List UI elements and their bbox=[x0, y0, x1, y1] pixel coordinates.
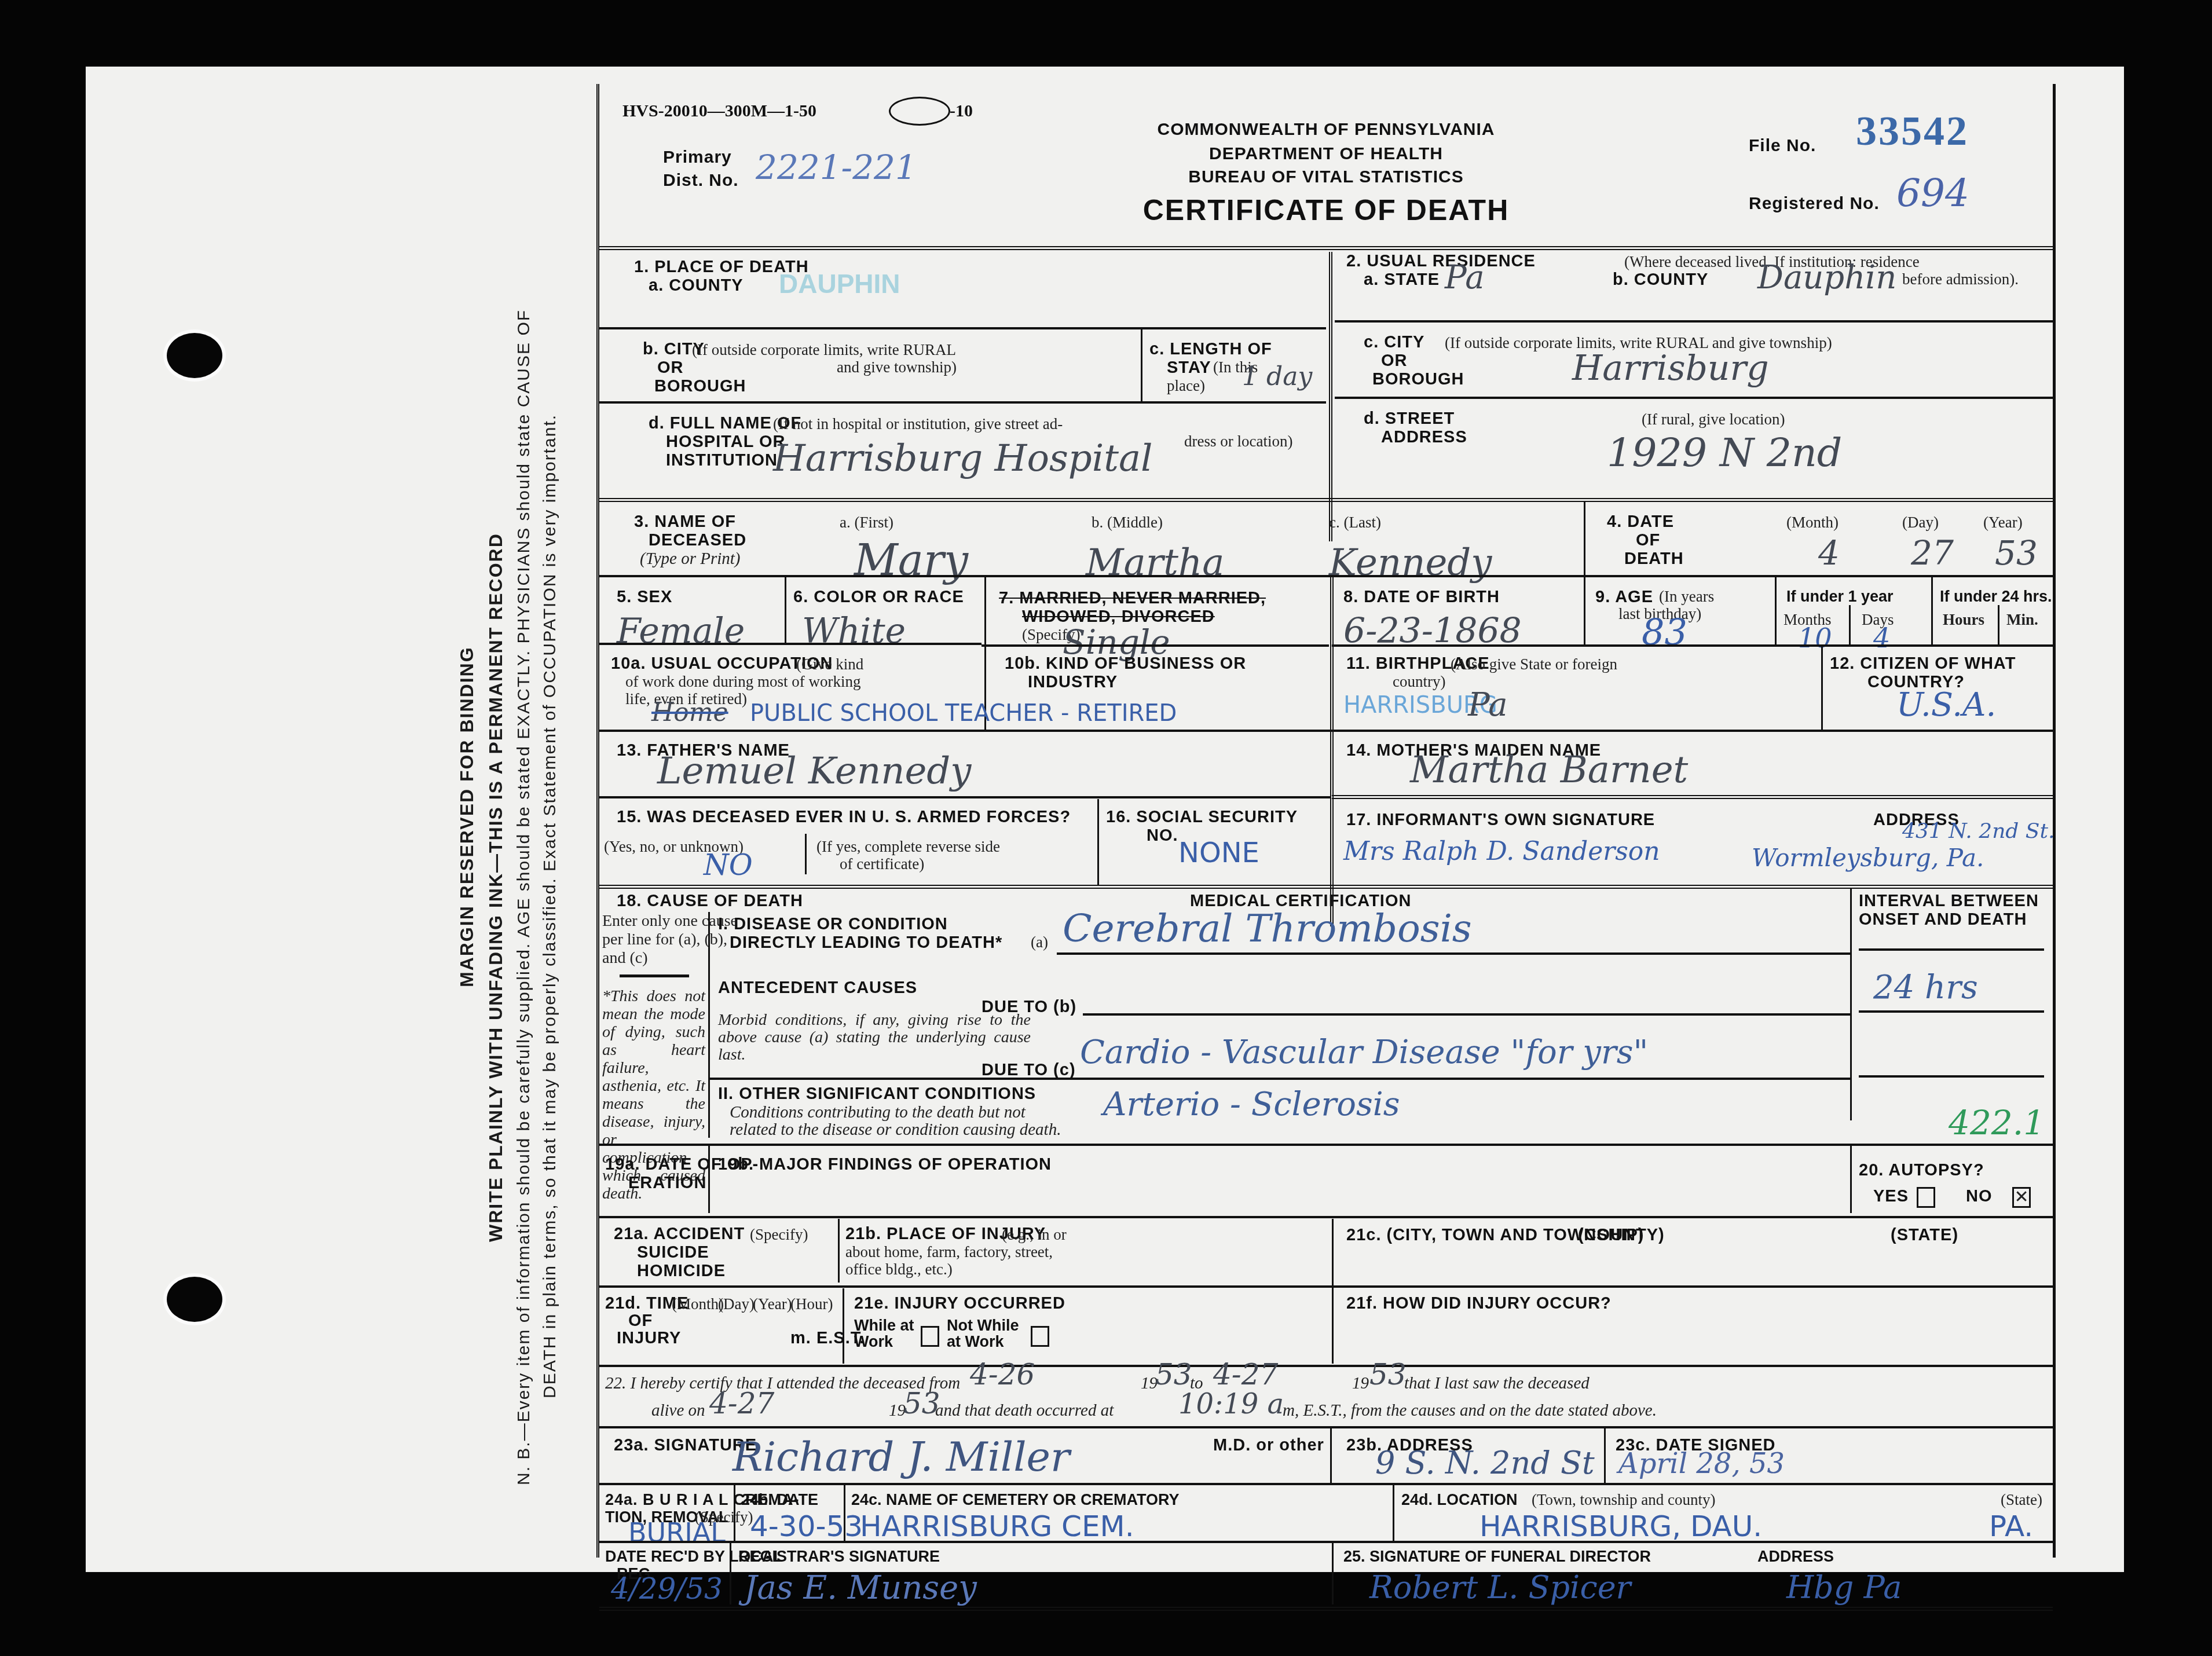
autopsy-no-checkbox[interactable]: ✕ bbox=[2012, 1187, 2031, 1208]
stay-label: STAY bbox=[1167, 358, 1211, 378]
birthplace-note-2: country) bbox=[1393, 673, 1445, 691]
registered-number: 694 bbox=[1896, 171, 1969, 215]
divider bbox=[599, 730, 2053, 732]
divider bbox=[838, 1219, 840, 1283]
informant-address-line-2: Wormleysburg, Pa. bbox=[1752, 844, 1984, 872]
dod-label-3: DEATH bbox=[1624, 549, 1684, 569]
attended-to-date: 4-27 bbox=[1213, 1358, 1278, 1391]
under-1-year-label: If under 1 year bbox=[1786, 588, 1894, 606]
divider bbox=[1057, 952, 1850, 955]
sex-label: 5. SEX bbox=[617, 588, 672, 607]
autopsy-yes-label: YES bbox=[1873, 1187, 1909, 1206]
hospital-label-3: INSTITUTION bbox=[666, 451, 778, 470]
burial-state-value: PA. bbox=[1989, 1510, 2033, 1543]
file-number: 33542 bbox=[1856, 107, 1969, 155]
dod-day-label: (Day) bbox=[1902, 514, 1939, 532]
sex-value: Female bbox=[617, 611, 745, 651]
death-city-note-2: and give township) bbox=[837, 358, 957, 376]
part1-label-1: I. DISEASE OR CONDITION bbox=[718, 915, 948, 934]
min-label: Min. bbox=[2006, 611, 2038, 629]
divider bbox=[1332, 1219, 1334, 1364]
informant-address-line-1: 431 N. 2nd St. bbox=[1902, 819, 2054, 843]
street-label-1: d. STREET bbox=[1364, 409, 1455, 428]
armed-forces-value: NO bbox=[704, 848, 753, 882]
occupation-note-2: of work done during most of working bbox=[625, 673, 860, 691]
last-name-value: Kennedy bbox=[1329, 541, 1492, 584]
injury-time-label-3: INJURY bbox=[617, 1329, 681, 1348]
dod-day-value: 27 bbox=[1911, 533, 1954, 573]
name-label-2: DECEASED bbox=[649, 531, 746, 550]
death-time-value: 10:19 a bbox=[1178, 1388, 1284, 1420]
cause-instructions-1: Enter only one cause bbox=[602, 912, 738, 930]
last-name-label: c. (Last) bbox=[1329, 514, 1381, 532]
funeral-director-label: 25. SIGNATURE OF FUNERAL DIRECTOR bbox=[1343, 1548, 1651, 1566]
occupation-struck-value: Home bbox=[651, 698, 728, 727]
informant-signature-label: 17. INFORMANT'S OWN SIGNATURE bbox=[1346, 811, 1655, 830]
divider bbox=[785, 576, 786, 643]
header-divider bbox=[599, 246, 2053, 252]
divider bbox=[1330, 576, 1334, 730]
physician-address-value: 9 S. N. 2nd St bbox=[1375, 1445, 1595, 1481]
file-no-label: File No. bbox=[1749, 136, 1816, 155]
divider bbox=[1332, 644, 2053, 647]
section-divider bbox=[599, 498, 2053, 504]
divider bbox=[1141, 327, 1142, 401]
divider bbox=[599, 401, 1326, 404]
divider bbox=[1604, 1427, 1606, 1483]
form-code: HVS-20010—300M—1-50 bbox=[622, 101, 816, 121]
cause-c-value: Cardio - Vascular Disease "for yrs" bbox=[1080, 1034, 1648, 1071]
length-of-stay-value: 1 day bbox=[1242, 362, 1312, 391]
while-at-work-label: While at Work bbox=[854, 1317, 918, 1350]
residence-state-value: Pa bbox=[1445, 259, 1485, 296]
divider bbox=[1330, 1427, 1332, 1483]
alive-on-date: 4-27 bbox=[709, 1387, 774, 1420]
divider bbox=[599, 1365, 2053, 1367]
divider bbox=[599, 1216, 2053, 1218]
dod-label-2: OF bbox=[1636, 531, 1660, 550]
death-city-note-1: (If outside corporate limits, write RURA… bbox=[692, 341, 956, 359]
race-value: White bbox=[802, 611, 906, 651]
divider bbox=[805, 834, 807, 874]
death-city-or: OR bbox=[657, 358, 684, 378]
under-24-hrs-label: If under 24 hrs. bbox=[1940, 588, 2052, 606]
cemetery-label: 24c. NAME OF CEMETERY OR CREMATORY bbox=[851, 1491, 1180, 1509]
name-label-1: 3. NAME OF bbox=[634, 512, 736, 532]
date-received-value: 4/29/53 bbox=[611, 1572, 723, 1606]
attended-to-year: 53 bbox=[1369, 1358, 1407, 1391]
cause-of-death-label: 18. CAUSE OF DEATH bbox=[617, 892, 803, 911]
injury-type-specify: (Specify) bbox=[750, 1226, 808, 1244]
part1-label-2: DIRECTLY LEADING TO DEATH* bbox=[730, 933, 1002, 952]
how-injury-occurred-label: 21f. HOW DID INJURY OCCUR? bbox=[1346, 1294, 1612, 1313]
injury-county-label: (COUNTY) bbox=[1578, 1226, 1665, 1245]
hospital-note-2: dress or location) bbox=[1184, 433, 1292, 450]
not-while-at-work-checkbox[interactable] bbox=[1031, 1326, 1049, 1347]
business-label-2: INDUSTRY bbox=[1028, 673, 1118, 692]
residence-note-2: before admission). bbox=[1902, 270, 2019, 288]
residence-state-label: a. STATE bbox=[1364, 270, 1440, 290]
hospital-label-2: HOSPITAL OR bbox=[666, 433, 786, 452]
divider bbox=[599, 1426, 2053, 1428]
occupation-note-1: (Give kind bbox=[796, 655, 863, 673]
burial-date-value: 4-30-53 bbox=[750, 1510, 863, 1543]
physician-signature-value: Richard J. Miller bbox=[733, 1433, 1070, 1481]
date-signed-value: April 28, 53 bbox=[1618, 1448, 1785, 1480]
divider bbox=[1332, 1541, 1334, 1604]
divider bbox=[1775, 576, 1777, 644]
certify-text-3: m, E.S.T., from the causes and on the da… bbox=[1283, 1401, 1657, 1420]
registrar-signature-value: Jas E. Munsey bbox=[744, 1569, 977, 1607]
injury-year-label: (Year) bbox=[753, 1295, 792, 1313]
armed-forces-label: 15. WAS DECEASED EVER IN U. S. ARMED FOR… bbox=[617, 808, 1071, 827]
md-or-other-label: M.D. or other bbox=[1213, 1436, 1324, 1455]
margin-nb-note-2: DEATH in plain terms, so that it may be … bbox=[540, 414, 560, 1398]
agency-line-3: BUREAU OF VITAL STATISTICS bbox=[599, 167, 2053, 186]
divider bbox=[599, 1541, 2053, 1543]
part2-value: Arterio - Sclerosis bbox=[1103, 1086, 1400, 1123]
binding-hole bbox=[167, 1277, 222, 1322]
marital-options: 7. MARRIED, NEVER MARRIED, bbox=[999, 589, 1266, 607]
injury-month-label: (Month) bbox=[672, 1295, 724, 1313]
divider bbox=[599, 1483, 2053, 1485]
divider bbox=[1849, 605, 1851, 644]
burial-location-label: 24d. LOCATION bbox=[1401, 1491, 1518, 1509]
age-value: 83 bbox=[1642, 611, 1687, 653]
divider bbox=[730, 1541, 731, 1604]
middle-name-label: b. (Middle) bbox=[1092, 514, 1163, 532]
divider bbox=[843, 1288, 844, 1364]
autopsy-yes-checkbox[interactable] bbox=[1917, 1187, 1935, 1208]
cause-instructions-2: per line for (a), (b), bbox=[602, 930, 727, 948]
residence-county-value: Dauphin bbox=[1757, 259, 1896, 296]
alive-on-label: alive on bbox=[651, 1401, 705, 1420]
dod-label-1: 4. DATE bbox=[1607, 512, 1674, 532]
dod-month-label: (Month) bbox=[1786, 514, 1839, 532]
ssn-label-2: NO. bbox=[1147, 826, 1178, 845]
burial-location-value: HARRISBURG, DAU. bbox=[1479, 1510, 1762, 1543]
funeral-address-value: Hbg Pa bbox=[1786, 1569, 1902, 1606]
burial-state-label: (State) bbox=[2001, 1491, 2042, 1509]
registered-no-label: Registered No. bbox=[1749, 194, 1880, 213]
divider bbox=[1821, 646, 1823, 730]
agency-line-2: DEPARTMENT OF HEALTH bbox=[599, 144, 2053, 163]
divider bbox=[1859, 948, 2044, 951]
death-borough-label: BOROUGH bbox=[654, 377, 746, 396]
form-header: HVS-20010—300M—1-50 -10 Primary Dist. No… bbox=[599, 84, 2053, 243]
divider bbox=[599, 796, 1330, 798]
section-divider bbox=[599, 885, 2053, 891]
injury-place-note-3: office bldg., etc.) bbox=[845, 1261, 953, 1278]
divider bbox=[1931, 576, 1933, 644]
middle-name-value: Martha bbox=[1086, 541, 1224, 584]
divider bbox=[599, 1144, 2053, 1146]
morbid-conditions-note: Morbid conditions, if any, giving rise t… bbox=[718, 1012, 1031, 1064]
registrar-signature-label: REGISTRAR'S SIGNATURE bbox=[738, 1548, 940, 1566]
divider bbox=[1850, 1144, 1852, 1213]
armed-forces-note-3: of certificate) bbox=[840, 855, 924, 873]
injury-type-label-2: SUICIDE bbox=[637, 1243, 709, 1262]
divider bbox=[708, 1144, 710, 1213]
form-bottom-border bbox=[599, 1607, 2053, 1613]
residence-city-value: Harrisburg bbox=[1572, 348, 1769, 389]
divider bbox=[1097, 799, 1099, 885]
ssn-label-1: 16. SOCIAL SECURITY bbox=[1106, 808, 1298, 827]
hospital-note-1: (If not in hospital or institution, give… bbox=[773, 415, 1063, 433]
cause-code-value: 422.1 bbox=[1949, 1103, 2045, 1142]
interval-label-2: ONSET AND DEATH bbox=[1859, 910, 2027, 929]
injury-type-label-1: 21a. ACCIDENT bbox=[614, 1225, 745, 1244]
divider bbox=[734, 1483, 735, 1541]
dod-year-label: (Year) bbox=[1983, 514, 2023, 532]
marital-label-1: 7. MARRIED, NEVER MARRIED, bbox=[999, 589, 1266, 608]
death-certificate-form: HVS-20010—300M—1-50 -10 Primary Dist. No… bbox=[596, 84, 2056, 1558]
residence-city-or: OR bbox=[1381, 351, 1408, 371]
hours-label: Hours bbox=[1943, 611, 1984, 629]
burial-date-label: 24b. DATE bbox=[741, 1491, 818, 1509]
funeral-director-value: Robert L. Spicer bbox=[1369, 1569, 1631, 1606]
attended-from-year: 53 bbox=[1155, 1358, 1192, 1391]
hospital-value: Harrisburg Hospital bbox=[773, 437, 1153, 480]
cause-a-value: Cerebral Thrombosis bbox=[1063, 906, 1472, 951]
antecedent-causes-label: ANTECEDENT CAUSES bbox=[718, 979, 917, 998]
informant-signature-value: Mrs Ralph D. Sanderson bbox=[1343, 837, 1660, 866]
part2-note-1: Conditions contributing to the death but… bbox=[730, 1103, 1026, 1122]
divider bbox=[1335, 397, 2053, 399]
part2-label: II. OTHER SIGNIFICANT CONDITIONS bbox=[718, 1085, 1036, 1104]
death-county-value: DAUPHIN bbox=[779, 268, 900, 299]
funeral-address-label: ADDRESS bbox=[1757, 1548, 1834, 1566]
mother-name-value: Martha Barnet bbox=[1410, 749, 1688, 792]
ssn-value: NONE bbox=[1178, 837, 1259, 869]
citizen-label-1: 12. CITIZEN OF WHAT bbox=[1830, 654, 2016, 673]
divider bbox=[982, 644, 1329, 647]
armed-forces-note-2: (If yes, complete reverse side bbox=[816, 838, 1000, 856]
injury-hour-label: (Hour) bbox=[790, 1295, 833, 1313]
divider bbox=[1584, 576, 1585, 644]
interval-a-value: 24 hrs bbox=[1873, 969, 1978, 1006]
stay-note-2: place) bbox=[1167, 377, 1205, 395]
interval-label-1: INTERVAL BETWEEN bbox=[1859, 892, 2039, 911]
first-name-value: Mary bbox=[854, 536, 968, 585]
part2-note-2: related to the disease or condition caus… bbox=[730, 1120, 1061, 1139]
divider bbox=[599, 327, 1326, 329]
certify-text-2: that I last saw the deceased bbox=[1404, 1374, 1590, 1393]
while-at-work-checkbox[interactable] bbox=[921, 1326, 939, 1347]
death-county-label: a. COUNTY bbox=[649, 276, 744, 295]
margin-nb-note-1: N. B.—Every item of information should b… bbox=[514, 309, 534, 1485]
occupation-value: PUBLIC SCHOOL TEACHER - RETIRED bbox=[750, 700, 1177, 727]
operation-findings-label: 19b. MAJOR FINDINGS OF OPERATION bbox=[718, 1155, 1052, 1174]
union-label-suffix: -10 bbox=[950, 101, 973, 121]
street-note: (If rural, give location) bbox=[1642, 411, 1785, 428]
injury-place-note-1: (e.g., in or bbox=[1002, 1226, 1067, 1244]
divider bbox=[599, 643, 982, 645]
age-note-1: (In years bbox=[1659, 588, 1714, 606]
margin-ink-note: WRITE PLAINLY WITH UNFADING INK—THIS IS … bbox=[485, 533, 507, 1242]
injury-state-label: (STATE) bbox=[1891, 1226, 1958, 1245]
injury-type-label-3: HOMICIDE bbox=[637, 1262, 726, 1281]
divider bbox=[1335, 320, 2053, 323]
street-label-2: ADDRESS bbox=[1381, 428, 1467, 447]
death-occurred-label: and that death occurred at bbox=[935, 1401, 1114, 1420]
divider bbox=[709, 1078, 1850, 1080]
injury-day-label: (Day) bbox=[718, 1295, 755, 1313]
autopsy-label: 20. AUTOPSY? bbox=[1859, 1161, 1984, 1180]
birthplace-state-value: Pa bbox=[1468, 686, 1508, 724]
not-while-at-work-label: Not While at Work bbox=[947, 1317, 1028, 1350]
divider bbox=[1332, 795, 2053, 801]
injury-place-note-2: about home, farm, factory, street, bbox=[845, 1243, 1053, 1261]
cause-instructions-3: and (c) bbox=[602, 949, 648, 967]
divider bbox=[844, 1483, 845, 1541]
divider bbox=[1859, 1010, 2044, 1013]
residence-county-label: b. COUNTY bbox=[1613, 270, 1708, 290]
attended-to-year-prefix: 19 bbox=[1352, 1374, 1369, 1393]
residence-borough-label: BOROUGH bbox=[1372, 370, 1464, 389]
attended-from-date: 4-26 bbox=[970, 1358, 1035, 1391]
burial-location-note: (Town, township and county) bbox=[1532, 1491, 1716, 1509]
race-label: 6. COLOR OR RACE bbox=[793, 588, 964, 607]
divider bbox=[1850, 889, 1852, 1120]
divider bbox=[1859, 1075, 2044, 1078]
divider bbox=[620, 974, 689, 977]
disposition-value: BURIAL bbox=[628, 1517, 726, 1548]
street-address-value: 1929 N 2nd bbox=[1607, 430, 1842, 476]
divider bbox=[599, 575, 2053, 577]
binding-hole bbox=[167, 333, 222, 378]
dod-month-value: 4 bbox=[1818, 533, 1840, 573]
father-name-value: Lemuel Kennedy bbox=[657, 750, 971, 793]
divider bbox=[1998, 605, 1999, 644]
injury-time-label-2: OF bbox=[628, 1311, 653, 1331]
dob-label: 8. DATE OF BIRTH bbox=[1343, 588, 1500, 607]
cause-a-label: (a) bbox=[1031, 933, 1048, 951]
usual-residence-label: 2. USUAL RESIDENCE bbox=[1346, 252, 1536, 271]
months-value: 10 bbox=[1798, 622, 1832, 654]
birthplace-note-1: (Also give State or foreign bbox=[1451, 655, 1617, 673]
dod-year-value: 53 bbox=[1995, 533, 2038, 573]
divider bbox=[1584, 501, 1585, 575]
length-of-stay-label: c. LENGTH OF bbox=[1149, 340, 1272, 359]
residence-city-label: c. CITY bbox=[1364, 333, 1424, 352]
margin-binding-note: MARGIN RESERVED FOR BINDING bbox=[456, 646, 478, 987]
operation-date-label-2: ERATION bbox=[628, 1174, 706, 1193]
days-value: 4 bbox=[1873, 622, 1890, 654]
agency-line-1: COMMONWEALTH OF PENNSYLVANIA bbox=[599, 120, 2053, 139]
divider bbox=[599, 1285, 2053, 1288]
autopsy-no-label: NO bbox=[1966, 1187, 1993, 1206]
business-label-1: 10b. KIND OF BUSINESS OR bbox=[1005, 654, 1246, 673]
divider bbox=[1393, 1483, 1394, 1541]
name-label-3: (Type or Print) bbox=[640, 549, 740, 568]
age-label: 9. AGE bbox=[1595, 588, 1653, 607]
citizen-value: U.S.A. bbox=[1896, 686, 1996, 724]
injury-occurred-label: 21e. INJURY OCCURRED bbox=[854, 1294, 1065, 1313]
cemetery-value: HARRISBURG CEM. bbox=[860, 1510, 1134, 1543]
first-name-label: a. (First) bbox=[840, 514, 893, 532]
divider bbox=[1083, 1013, 1850, 1016]
